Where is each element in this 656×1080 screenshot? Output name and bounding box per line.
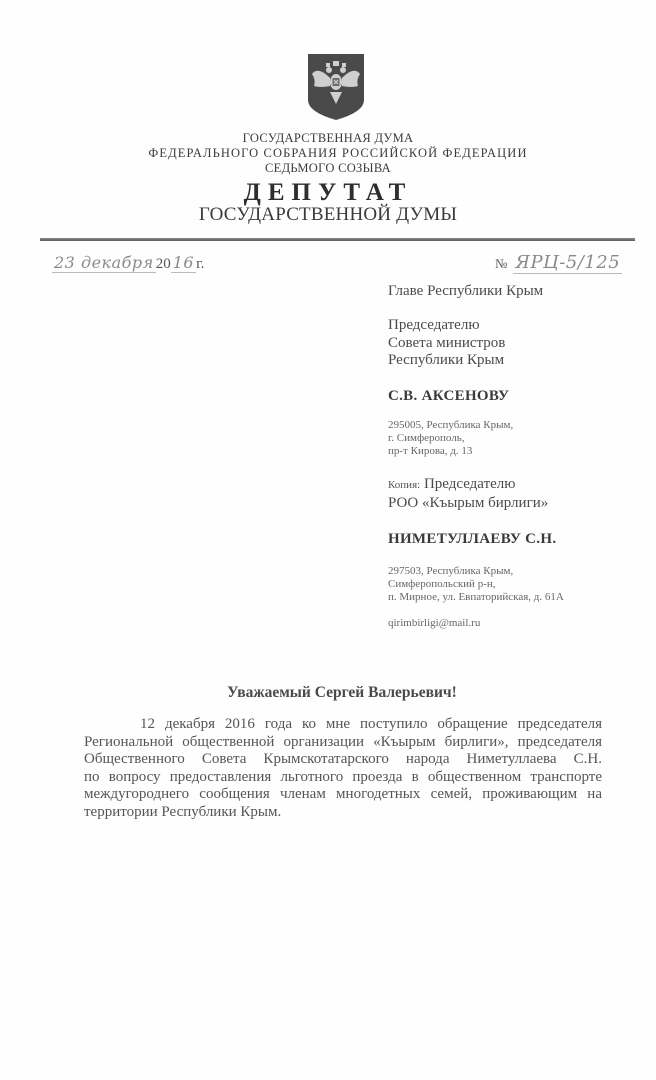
number-handwritten: ЯРЦ-5/125 <box>513 252 622 274</box>
letterhead-title: ДЕПУТАТ <box>0 179 656 207</box>
addressee-role-line: Республики Крым <box>388 352 505 370</box>
addressee-role: Председателю Совета министров Республики… <box>388 317 505 370</box>
copy-recipient-email: qirimbirligi@mail.ru <box>388 617 480 630</box>
letterhead-line-federal-assembly: ФЕДЕРАЛЬНОГО СОБРАНИЯ РОССИЙСКОЙ ФЕДЕРАЦ… <box>10 146 656 161</box>
addressee-head-of-republic: Главе Республики Крым <box>388 283 543 301</box>
date-handwritten: 23 декабря <box>52 253 156 273</box>
copy-role-line: РОО «Къырым бирлиги» <box>388 495 548 513</box>
letterhead-divider <box>40 238 635 241</box>
copy-label: Копия: <box>388 479 420 491</box>
body-line: 12 декабря 2016 года ко мне поступило об… <box>84 716 602 734</box>
addressee-address: 295005, Республика Крым, г. Симферополь,… <box>388 419 513 458</box>
body-line: Общественного Совета Крымскотатарского н… <box>84 751 602 769</box>
address-line: г. Симферополь, <box>388 432 513 445</box>
letter-body: 12 декабря 2016 года ко мне поступило об… <box>84 716 602 822</box>
addressee-role-line: Председателю <box>388 317 505 335</box>
addressee-role-line: Совета министров <box>388 335 505 353</box>
number-label: № <box>495 256 507 271</box>
addressee-name: С.В. АКСЕНОВУ <box>388 388 509 405</box>
russian-coat-of-arms-icon <box>306 52 366 122</box>
address-line: 297503, Республика Крым, <box>388 565 564 578</box>
letter-page: ГОСУДАРСТВЕННАЯ ДУМА ФЕДЕРАЛЬНОГО СОБРАН… <box>0 0 656 1080</box>
year-suffix: г. <box>196 256 204 272</box>
year-handwritten: 16 <box>171 253 196 273</box>
body-line: по вопросу предоставления льготного прое… <box>84 769 602 787</box>
year-prefix: 20 <box>156 256 171 272</box>
letterhead-subtitle: ГОСУДАРСТВЕННОЙ ДУМЫ <box>0 204 656 226</box>
copy-recipient-address: 297503, Республика Крым, Симферопольский… <box>388 565 564 604</box>
letterhead-line-state-duma: ГОСУДАРСТВЕННАЯ ДУМА <box>0 131 656 146</box>
copy-recipient-name: НИМЕТУЛЛАЕВУ С.Н. <box>388 531 556 548</box>
letter-date: 23 декабря2016г. <box>52 253 204 273</box>
letter-number: №ЯРЦ-5/125 <box>495 252 622 273</box>
address-line: 295005, Республика Крым, <box>388 419 513 432</box>
address-line: пр-т Кирова, д. 13 <box>388 445 513 458</box>
body-line: территории Республики Крым. <box>84 804 602 822</box>
salutation: Уважаемый Сергей Валерьевич! <box>0 684 656 702</box>
body-line: Региональной общественной организации «К… <box>84 734 602 752</box>
letterhead-line-convocation: СЕДЬМОГО СОЗЫВА <box>0 161 656 176</box>
address-line: Симферопольский р-н, <box>388 578 564 591</box>
body-line: междугороднего сообщения членам многодет… <box>84 786 602 804</box>
copy-role-line: Председателю <box>424 476 516 492</box>
copy-recipient-role: Копия: Председателю РОО «Къырым бирлиги» <box>388 476 548 512</box>
address-line: п. Мирное, ул. Евпаторийская, д. 61А <box>388 591 564 604</box>
